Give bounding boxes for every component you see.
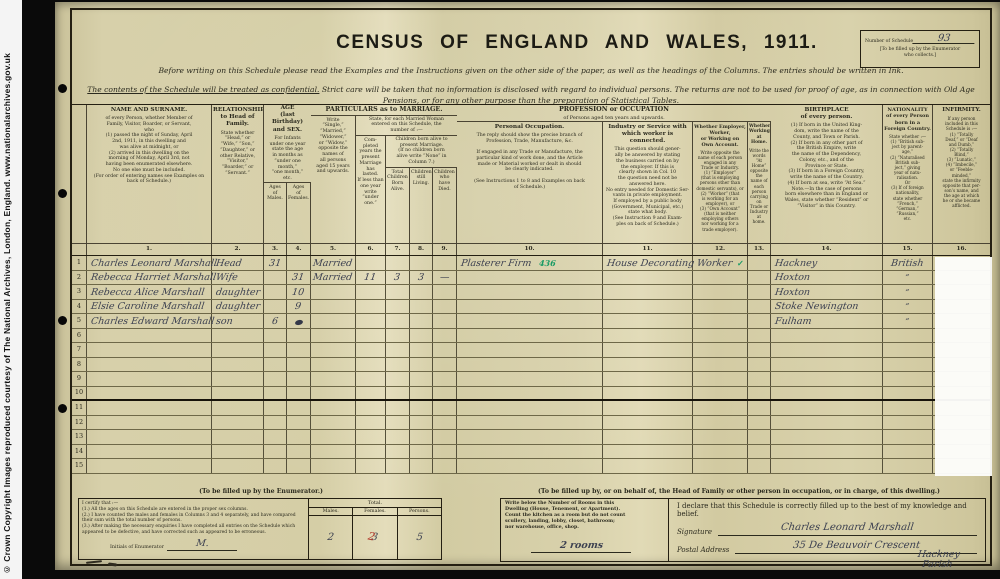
cell-nationality — [883, 372, 933, 386]
cell-children-living — [410, 329, 433, 343]
cell-relationship: Wife — [212, 271, 264, 285]
column-nationality: NATIONALITY of every Person born in a Fo… — [883, 105, 933, 255]
table-header: NAME AND SURNAME. of every Person, wheth… — [72, 104, 990, 256]
cell-occupation — [457, 372, 603, 386]
column-number: 6. — [356, 243, 385, 255]
row-number: 9 — [72, 372, 87, 386]
cell-years-married — [356, 445, 386, 459]
instruction-line-1: Before writing on this Schedule please r… — [92, 66, 970, 75]
cell-relationship — [212, 401, 264, 415]
cell-marriage — [311, 430, 356, 444]
cell-industry — [603, 358, 693, 372]
cell-children-died — [433, 358, 457, 372]
column-industry-title: Industry or Service with which worker is… — [604, 124, 691, 146]
cell-at-home — [748, 387, 771, 400]
cell-employer — [693, 401, 748, 415]
certify-item-2: (2.) I have counted the males and female… — [82, 513, 305, 525]
cell-children-died — [433, 372, 457, 386]
cell-employer — [693, 271, 748, 285]
column-nationality-title: NATIONALITY of every Person born in a Fo… — [884, 107, 931, 132]
householder-section-heading: (To be filled up by, or on behalf of, th… — [492, 488, 986, 495]
cell-children-died — [433, 416, 457, 430]
row-number: 8 — [72, 358, 87, 372]
cell-age-females — [287, 416, 311, 430]
cell-occupation — [457, 285, 603, 299]
cell-employer — [693, 300, 748, 314]
column-group-age: AGE (last Birthday) and SEX. For Infants… — [264, 105, 311, 255]
punch-hole — [58, 404, 67, 413]
column-number: 10. — [457, 243, 602, 255]
cell-name — [87, 401, 212, 415]
totals-males-label: Males. — [309, 508, 353, 515]
cell-employer — [693, 285, 748, 299]
cell-name — [87, 372, 212, 386]
cell-years-married — [356, 300, 386, 314]
cell-children-died: — — [433, 271, 457, 285]
cell-name — [87, 416, 212, 430]
cell-children-living — [410, 459, 433, 473]
totals-persons-value: 5 — [397, 532, 442, 543]
cell-age-females — [287, 256, 311, 270]
postal-address-extra: Hackney Parish — [916, 550, 961, 569]
clerk-check-mark: ✓ — [737, 257, 745, 270]
cell-children-living — [410, 372, 433, 386]
householder-declaration-box: Write below the Number of Rooms in this … — [500, 498, 986, 562]
cell-children-born — [386, 256, 410, 270]
cell-nationality: ” — [883, 285, 933, 299]
cell-employer — [693, 387, 748, 400]
cell-industry — [603, 445, 693, 459]
punch-hole — [58, 316, 67, 325]
cell-relationship: daughter — [212, 300, 264, 314]
cell-years-married — [356, 314, 386, 328]
table-row: 11 — [72, 401, 990, 416]
row-number: 2 — [72, 271, 87, 285]
column-age-desc: For Infants under one year state the age… — [264, 136, 311, 182]
cell-at-home — [748, 445, 771, 459]
schedule-number-value: 93 — [912, 34, 975, 44]
cell-employer — [693, 459, 748, 473]
cell-children-died — [433, 329, 457, 343]
column-age-males-label: Ages of Males. — [265, 185, 285, 202]
column-number: 4. — [287, 243, 310, 255]
row-number: 10 — [72, 387, 87, 400]
rooms-value: 2 rooms — [559, 540, 604, 552]
cell-relationship — [212, 416, 264, 430]
column-number: 13. — [748, 243, 770, 255]
cell-nationality — [883, 358, 933, 372]
cell-name — [87, 343, 212, 357]
table-row: 7 — [72, 343, 990, 358]
column-number: 5. — [311, 243, 355, 255]
cell-years-married — [356, 430, 386, 444]
cell-children-died — [433, 401, 457, 415]
column-infirmity-title: INFIRMITY. — [934, 107, 989, 114]
enumerator-certificate-box: I certify that :— (1.) All the ages on t… — [78, 498, 442, 560]
postal-address-label: Postal Address — [677, 546, 729, 554]
cell-employer — [693, 445, 748, 459]
cell-employer — [693, 329, 748, 343]
row-number: 7 — [72, 343, 87, 357]
cell-age-females — [287, 459, 311, 473]
cell-relationship — [212, 343, 264, 357]
column-number: 8. — [410, 243, 432, 255]
postal-extra-line2: Parish — [921, 559, 953, 570]
cell-industry — [603, 343, 693, 357]
signature-label: Signature — [677, 528, 712, 536]
table-body: 1Charles Leonard MarshallHead31MarriedPl… — [72, 256, 990, 474]
ink-blot — [294, 319, 303, 326]
cell-employer — [693, 358, 748, 372]
cell-age-males — [264, 445, 287, 459]
row-number: 5 — [72, 314, 87, 328]
initials-label: Initials of Enumerator — [110, 545, 164, 551]
cell-birthplace: Fulham — [771, 314, 883, 328]
cell-employer — [693, 372, 748, 386]
table-row: 10 — [72, 387, 990, 402]
cell-children-died — [433, 387, 457, 400]
cell-nationality — [883, 459, 933, 473]
totals-females-label: Females. — [353, 508, 397, 515]
cell-years-married — [356, 358, 386, 372]
punch-hole — [58, 84, 67, 93]
cell-industry: House Decorating — [603, 256, 693, 270]
cell-age-females — [287, 372, 311, 386]
column-relationship-title: RELATIONSHIP to Head of Family. — [213, 107, 262, 129]
column-name-title: NAME AND SURNAME. — [88, 107, 210, 114]
cell-children-born — [386, 300, 410, 314]
cell-age-males — [264, 300, 287, 314]
cell-age-females: 31 — [287, 271, 311, 285]
column-number: 2. — [212, 243, 263, 255]
cell-children-living — [410, 416, 433, 430]
cell-industry — [603, 372, 693, 386]
row-number: 12 — [72, 416, 87, 430]
cell-children-living — [410, 358, 433, 372]
cell-birthplace: Stoke Newington — [771, 300, 883, 314]
census-title: CENSUS OF ENGLAND AND WALES, 1911. — [297, 32, 857, 54]
cell-nationality — [883, 401, 933, 415]
cell-marriage — [311, 358, 356, 372]
cell-birthplace: Hoxton — [771, 285, 883, 299]
cell-at-home — [748, 401, 771, 415]
table-row: 3Rebecca Alice Marshalldaughter10Hoxton” — [72, 285, 990, 300]
cell-children-died — [433, 445, 457, 459]
column-number: 7. — [386, 243, 409, 255]
cell-children-born — [386, 459, 410, 473]
column-relationship: RELATIONSHIP to Head of Family. State wh… — [212, 105, 264, 255]
cell-occupation — [457, 401, 603, 415]
cell-name — [87, 358, 212, 372]
cell-at-home — [748, 430, 771, 444]
column-number: 12. — [693, 243, 747, 255]
cell-industry — [603, 314, 693, 328]
cell-industry — [603, 329, 693, 343]
cell-children-living — [410, 300, 433, 314]
cell-name: Elsie Caroline Marshall — [87, 300, 212, 314]
certify-item-3: (3.) After making the necessary enquirie… — [82, 524, 305, 536]
cell-birthplace: Hoxton — [771, 271, 883, 285]
cell-industry — [603, 300, 693, 314]
marriage-group-title: PARTICULARS as to MARRIAGE. — [311, 105, 457, 116]
cell-age-males — [264, 430, 287, 444]
cell-age-females — [287, 387, 311, 400]
column-number: 14. — [771, 243, 882, 255]
cell-children-living — [410, 256, 433, 270]
cell-marriage — [311, 459, 356, 473]
column-employer-title: Whether Employer, Worker, or Working on … — [694, 124, 746, 148]
column-name: NAME AND SURNAME. of every Person, wheth… — [87, 105, 212, 255]
cell-age-males — [264, 372, 287, 386]
cell-marriage — [311, 285, 356, 299]
rooms-box: Write below the Number of Rooms in this … — [501, 499, 669, 561]
pencil-mark — [86, 560, 102, 564]
copyright-text: © Crown Copyright Images reproduced cour… — [2, 53, 12, 575]
column-marriage-desc: Write “Single,” “Married,” “Widower,” or… — [312, 118, 354, 175]
column-group-children: Children born alive to present Marriage.… — [386, 136, 457, 255]
cell-years-married — [356, 459, 386, 473]
cell-children-born — [386, 329, 410, 343]
cell-years-married — [356, 285, 386, 299]
column-at-home: Whether Working at Home. Write the words… — [748, 122, 771, 255]
column-age-females: Ages of Females. 4. — [287, 183, 311, 255]
cell-age-males: 6 — [264, 314, 287, 328]
cell-occupation — [457, 343, 603, 357]
cell-age-females — [287, 430, 311, 444]
enumerator-initials: M. — [195, 538, 209, 550]
cell-years-married — [356, 416, 386, 430]
table-row: 2Rebecca Harriet MarshallWife31Married11… — [72, 271, 990, 286]
column-children-living: Children still Living. 8. — [410, 168, 433, 255]
cell-birthplace: Hackney — [771, 256, 883, 270]
cell-birthplace — [771, 430, 883, 444]
cell-relationship: Head — [212, 256, 264, 270]
cell-age-females — [287, 445, 311, 459]
cell-name: Rebecca Harriet Marshall — [87, 271, 212, 285]
cell-age-males — [264, 401, 287, 415]
married-woman-note: State, for each Married Woman entered on… — [356, 116, 457, 136]
cell-years-married — [356, 256, 386, 270]
row-number: 14 — [72, 445, 87, 459]
cell-industry — [603, 387, 693, 400]
cell-children-living — [410, 430, 433, 444]
column-nationality-desc: State whether :— (1) “British sub- ject … — [884, 134, 931, 221]
column-at-home-desc: Write the words “At Home” opposite the n… — [749, 148, 769, 225]
profession-group-title: PROFESSION or OCCUPATION — [457, 105, 771, 115]
cell-at-home — [748, 271, 771, 285]
cell-occupation — [457, 271, 603, 285]
column-number: 9. — [433, 243, 456, 255]
cell-age-males — [264, 329, 287, 343]
enumerator-section-heading: (To be filled up by the Enumerator.) — [78, 488, 444, 495]
cell-children-died — [433, 314, 457, 328]
cell-relationship: daughter — [212, 285, 264, 299]
cell-children-born — [386, 430, 410, 444]
cell-years-married — [356, 329, 386, 343]
cell-employer — [693, 314, 748, 328]
cell-children-living — [410, 387, 433, 400]
cell-nationality: ” — [883, 314, 933, 328]
pencil-mark — [108, 562, 117, 566]
cell-name: Charles Leonard Marshall — [87, 256, 212, 270]
cell-children-living — [410, 285, 433, 299]
cell-children-died — [433, 300, 457, 314]
cell-birthplace — [771, 358, 883, 372]
cell-marriage — [311, 329, 356, 343]
row-number: 13 — [72, 430, 87, 444]
cell-marriage — [311, 300, 356, 314]
totals-males-value: 2 — [308, 532, 353, 543]
column-number: 3. — [264, 243, 286, 255]
cell-years-married — [356, 343, 386, 357]
punch-hole — [58, 189, 67, 198]
cell-children-born — [386, 358, 410, 372]
cell-birthplace — [771, 372, 883, 386]
cell-occupation — [457, 459, 603, 473]
cell-occupation — [457, 416, 603, 430]
cell-age-females — [287, 358, 311, 372]
cell-occupation — [457, 430, 603, 444]
cell-age-females — [287, 329, 311, 343]
cell-nationality — [883, 343, 933, 357]
cell-nationality — [883, 387, 933, 400]
cell-birthplace — [771, 329, 883, 343]
cell-relationship — [212, 430, 264, 444]
declaration-area: I declare that this Schedule is correctl… — [669, 499, 985, 561]
cell-employer: Worker✓ — [693, 256, 748, 270]
cell-children-born — [386, 416, 410, 430]
cell-years-married — [356, 387, 386, 400]
census-paper: CENSUS OF ENGLAND AND WALES, 1911. Numbe… — [55, 2, 1000, 570]
table-row: 9 — [72, 372, 990, 387]
column-infirmity: INFIRMITY. If any person included in thi… — [933, 105, 990, 255]
cell-industry — [603, 285, 693, 299]
cell-children-died — [433, 256, 457, 270]
table-row: 6 — [72, 329, 990, 344]
cell-children-born: 3 — [386, 271, 410, 285]
cell-relationship — [212, 329, 264, 343]
column-number: 11. — [603, 243, 692, 255]
cell-at-home — [748, 285, 771, 299]
cell-age-males — [264, 387, 287, 400]
table-row: 15 — [72, 459, 990, 474]
cell-industry — [603, 430, 693, 444]
census-form: CENSUS OF ENGLAND AND WALES, 1911. Numbe… — [70, 8, 992, 566]
cell-birthplace — [771, 416, 883, 430]
cell-name — [87, 329, 212, 343]
cell-birthplace — [771, 401, 883, 415]
column-children-living-label: Children still Living. — [411, 170, 431, 187]
column-number: 1. — [87, 243, 211, 255]
column-birthplace: BIRTHPLACE of every person. (1) If born … — [771, 105, 883, 255]
cell-relationship — [212, 445, 264, 459]
cell-relationship — [212, 459, 264, 473]
cell-marriage: Married — [311, 256, 356, 270]
cell-marriage — [311, 445, 356, 459]
cell-employer — [693, 430, 748, 444]
cell-name — [87, 445, 212, 459]
cell-children-living: 3 — [410, 271, 433, 285]
cell-age-males — [264, 343, 287, 357]
cell-children-living — [410, 343, 433, 357]
row-number: 4 — [72, 300, 87, 314]
cell-birthplace — [771, 459, 883, 473]
schedule-number-note: [To be filled up by the Enumerator who c… — [865, 47, 975, 59]
cell-children-born — [386, 285, 410, 299]
column-years-married-desc: Com- pleted years the present Marriage h… — [357, 138, 384, 207]
declaration-text: I declare that this Schedule is correctl… — [677, 502, 977, 518]
column-group-married-woman: State, for each Married Woman entered on… — [356, 116, 457, 255]
row-number: 6 — [72, 329, 87, 343]
cell-children-living — [410, 401, 433, 415]
cell-relationship — [212, 372, 264, 386]
cell-children-born — [386, 372, 410, 386]
cell-occupation — [457, 387, 603, 400]
column-occupation: Personal Occupation. The reply should sh… — [457, 122, 603, 255]
cell-children-born — [386, 387, 410, 400]
table-row: 5Charles Edward Marshallson6Fulham” — [72, 314, 990, 329]
table-row: 1Charles Leonard MarshallHead31MarriedPl… — [72, 256, 990, 271]
cell-at-home — [748, 314, 771, 328]
cell-name — [87, 430, 212, 444]
cell-employer — [693, 416, 748, 430]
cell-nationality: British — [883, 256, 933, 270]
postal-address-value: 35 De Beauvoir Crescent — [792, 540, 921, 551]
row-number: 3 — [72, 285, 87, 299]
cell-nationality: ” — [883, 300, 933, 314]
cell-children-died — [433, 430, 457, 444]
schedule-number-box: Number of Schedule 93 [To be filled up b… — [860, 30, 980, 68]
cell-occupation — [457, 300, 603, 314]
totals-title: Total. — [309, 499, 441, 508]
table-row: 14 — [72, 445, 990, 460]
cell-children-died — [433, 343, 457, 357]
cell-occupation — [457, 329, 603, 343]
signature-value: Charles Leonard Marshall — [780, 522, 914, 533]
cell-children-born — [386, 445, 410, 459]
cell-nationality — [883, 430, 933, 444]
cell-occupation — [457, 445, 603, 459]
cell-marriage: Married — [311, 271, 356, 285]
column-children-born-label: Total Children Born Alive. — [387, 170, 408, 193]
column-children-died: Children who have Died. 9. — [433, 168, 457, 255]
cell-birthplace — [771, 387, 883, 400]
cell-years-married: 11 — [356, 271, 386, 285]
cell-industry — [603, 416, 693, 430]
cell-nationality — [883, 445, 933, 459]
cell-nationality — [883, 329, 933, 343]
cell-age-males — [264, 416, 287, 430]
cell-children-died — [433, 459, 457, 473]
cell-at-home — [748, 300, 771, 314]
cell-age-females — [287, 401, 311, 415]
cell-name — [87, 459, 212, 473]
column-industry: Industry or Service with which worker is… — [603, 122, 693, 255]
cell-birthplace — [771, 445, 883, 459]
column-group-profession: PROFESSION or OCCUPATION of Persons aged… — [457, 105, 771, 255]
cell-years-married — [356, 372, 386, 386]
cell-name — [87, 387, 212, 400]
cell-age-males — [264, 358, 287, 372]
column-occupation-title: Personal Occupation. — [458, 124, 601, 131]
row-number: 1 — [72, 256, 87, 270]
column-age-title: AGE (last Birthday) and SEX. — [264, 105, 311, 134]
column-number: 15. — [883, 243, 932, 255]
cell-marriage — [311, 314, 356, 328]
column-name-desc: of every Person, whether Member of Famil… — [88, 116, 210, 185]
copyright-strip: © Crown Copyright Images reproduced cour… — [0, 0, 22, 579]
column-employer: Whether Employer, Worker, or Working on … — [693, 122, 748, 255]
